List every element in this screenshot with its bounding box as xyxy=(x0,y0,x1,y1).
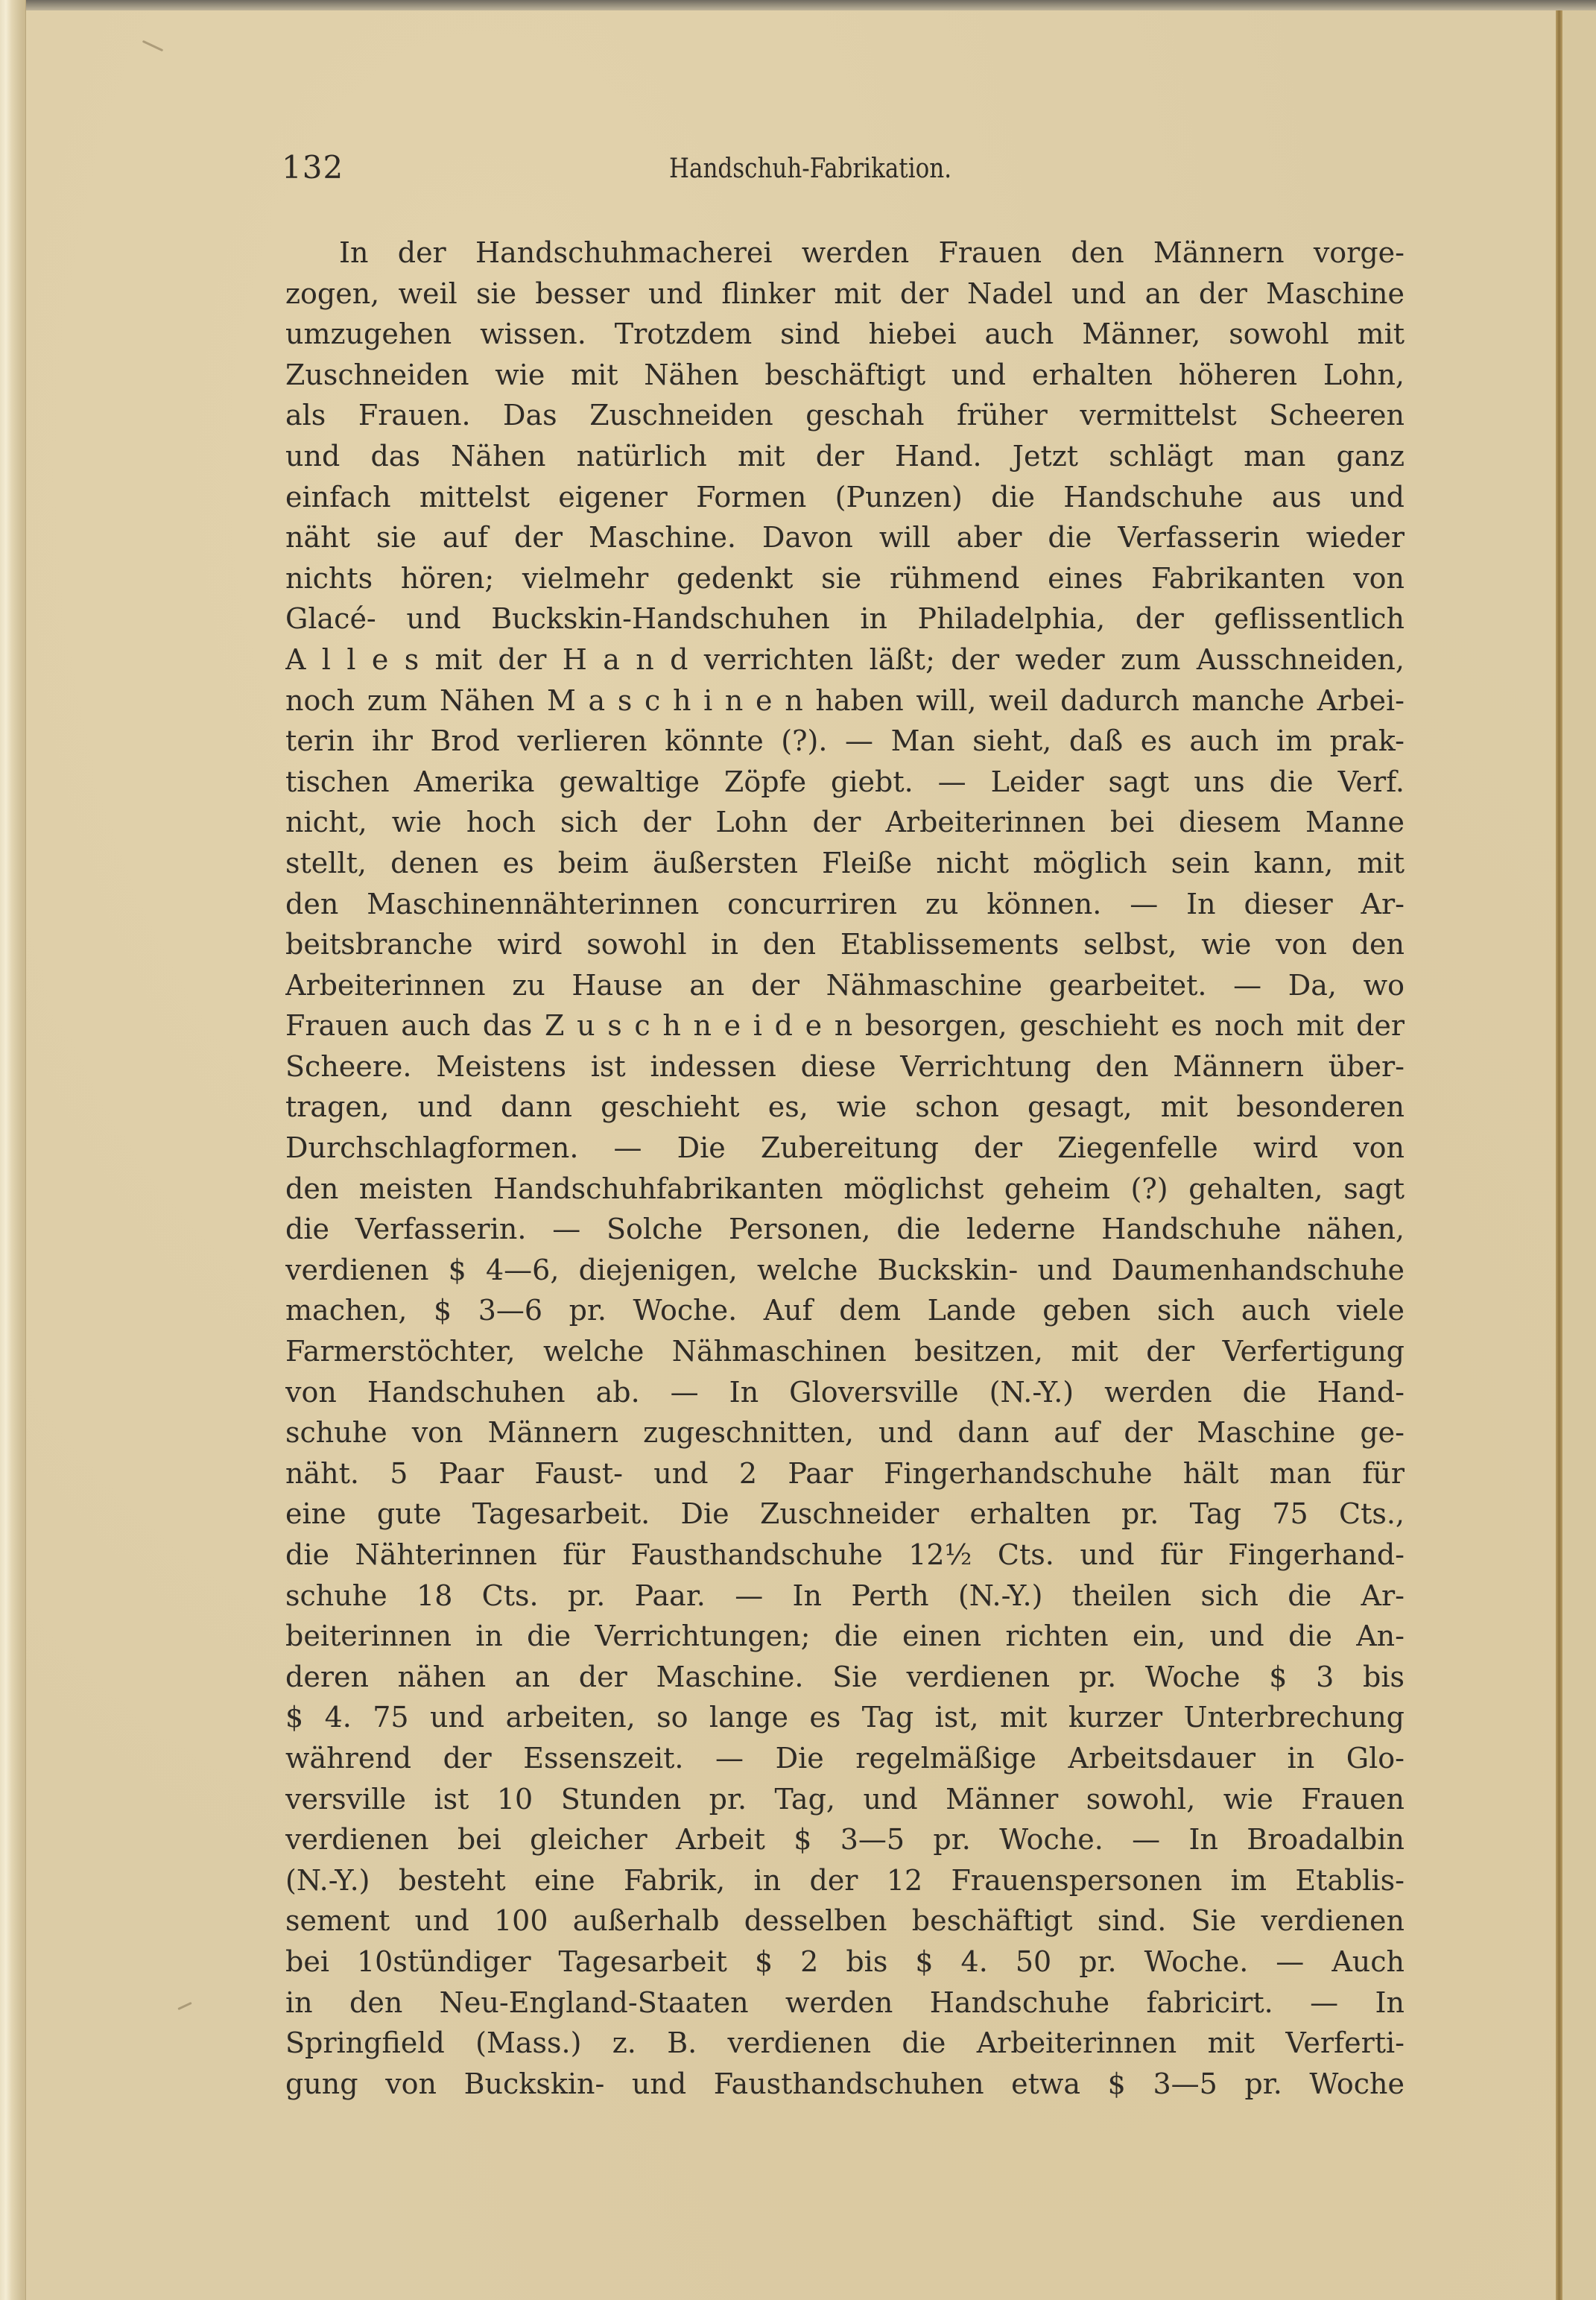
page-header: 132 Handschuh-Fabrikation. xyxy=(282,149,1444,194)
text-line: noch zum Nähen M a s c h i n e n haben w… xyxy=(285,680,1405,721)
text-line: zogen, weil sie besser und flinker mit d… xyxy=(285,274,1405,315)
text-line: beitsbranche wird sowohl in den Etabliss… xyxy=(285,924,1405,965)
text-line: verdienen $ 4—6, diejenigen, welche Buck… xyxy=(285,1250,1405,1291)
book-gutter xyxy=(1556,10,1562,2300)
text-line: (N.-Y.) besteht eine Fabrik, in der 12 F… xyxy=(285,1860,1405,1901)
text-line: eine gute Tagesarbeit. Die Zuschneider e… xyxy=(285,1494,1405,1535)
text-line: in den Neu-England-Staaten werden Handsc… xyxy=(285,1983,1405,2023)
text-line: tragen, und dann geschieht es, wie schon… xyxy=(285,1087,1405,1128)
text-line: versville ist 10 Stunden pr. Tag, und Mä… xyxy=(285,1779,1405,1820)
text-line: A l l e s mit der H a n d verrichten läß… xyxy=(285,639,1405,680)
text-line: nichts hören; vielmehr gedenkt sie rühme… xyxy=(285,558,1405,599)
text-line: bei 10stündiger Tagesarbeit $ 2 bis $ 4.… xyxy=(285,1942,1405,1983)
text-line: tischen Amerika gewaltige Zöpfe giebt. —… xyxy=(285,762,1405,803)
text-line: schuhe von Männern zugeschnitten, und da… xyxy=(285,1412,1405,1453)
text-line: die Verfasserin. — Solche Personen, die … xyxy=(285,1209,1405,1250)
text-line: Frauen auch das Z u s c h n e i d e n be… xyxy=(285,1005,1405,1046)
text-line: als Frauen. Das Zuschneiden geschah früh… xyxy=(285,395,1405,436)
text-line: gung von Buckskin- und Fausthandschuhen … xyxy=(285,2064,1405,2105)
text-line: Scheere. Meistens ist indessen diese Ver… xyxy=(285,1046,1405,1087)
text-line: verdienen bei gleicher Arbeit $ 3—5 pr. … xyxy=(285,1819,1405,1860)
text-line: die Nähterinnen für Fausthandschuhe 12½ … xyxy=(285,1535,1405,1576)
text-line: stellt, denen es beim äußersten Fleiße n… xyxy=(285,843,1405,884)
text-line: näht. 5 Paar Faust- und 2 Paar Fingerhan… xyxy=(285,1453,1405,1494)
text-line: Farmerstöchter, welche Nähmaschinen besi… xyxy=(285,1331,1405,1372)
body-paragraph: In der Handschuhmacherei werden Frauen d… xyxy=(285,233,1405,2104)
text-line: Durchschlagformen. — Die Zubereitung der… xyxy=(285,1128,1405,1169)
text-line: den Maschinennähterinnen concurriren zu … xyxy=(285,884,1405,925)
text-line: den meisten Handschuhfabrikanten möglich… xyxy=(285,1169,1405,1210)
text-line: In der Handschuhmacherei werden Frauen d… xyxy=(285,233,1405,274)
text-line: terin ihr Brod verlieren könnte (?). — M… xyxy=(285,721,1405,762)
scan-top-edge xyxy=(0,0,1596,10)
text-line: schuhe 18 Cts. pr. Paar. — In Perth (N.-… xyxy=(285,1576,1405,1617)
text-line: Glacé- und Buckskin-Handschuhen in Phila… xyxy=(285,598,1405,639)
adjacent-page-strip xyxy=(1562,10,1596,2300)
text-line: $ 4. 75 und arbeiten, so lange es Tag is… xyxy=(285,1697,1405,1738)
text-line: Arbeiterinnen zu Hause an der Nähmaschin… xyxy=(285,965,1405,1006)
text-line: von Handschuhen ab. — In Gloversville (N… xyxy=(285,1372,1405,1413)
text-line: beiterinnen in die Verrichtungen; die ei… xyxy=(285,1616,1405,1657)
text-line: einfach mittelst eigener Formen (Punzen)… xyxy=(285,477,1405,518)
page-left-edge xyxy=(0,0,26,2300)
text-line: deren nähen an der Maschine. Sie verdien… xyxy=(285,1657,1405,1698)
text-line: Springfield (Mass.) z. B. verdienen die … xyxy=(285,2023,1405,2064)
text-line: sement und 100 außerhalb desselben besch… xyxy=(285,1901,1405,1942)
page-number: 132 xyxy=(282,149,343,186)
text-line: während der Essenszeit. — Die regelmäßig… xyxy=(285,1738,1405,1779)
running-title: Handschuh-Fabrikation. xyxy=(669,154,951,184)
text-line: und das Nähen natürlich mit der Hand. Je… xyxy=(285,436,1405,477)
text-line: nicht, wie hoch sich der Lohn der Arbeit… xyxy=(285,802,1405,843)
text-line: Zuschneiden wie mit Nähen beschäftigt un… xyxy=(285,355,1405,396)
text-line: umzugehen wissen. Trotzdem sind hiebei a… xyxy=(285,314,1405,355)
text-line: näht sie auf der Maschine. Davon will ab… xyxy=(285,517,1405,558)
text-line: machen, $ 3—6 pr. Woche. Auf dem Lande g… xyxy=(285,1290,1405,1331)
